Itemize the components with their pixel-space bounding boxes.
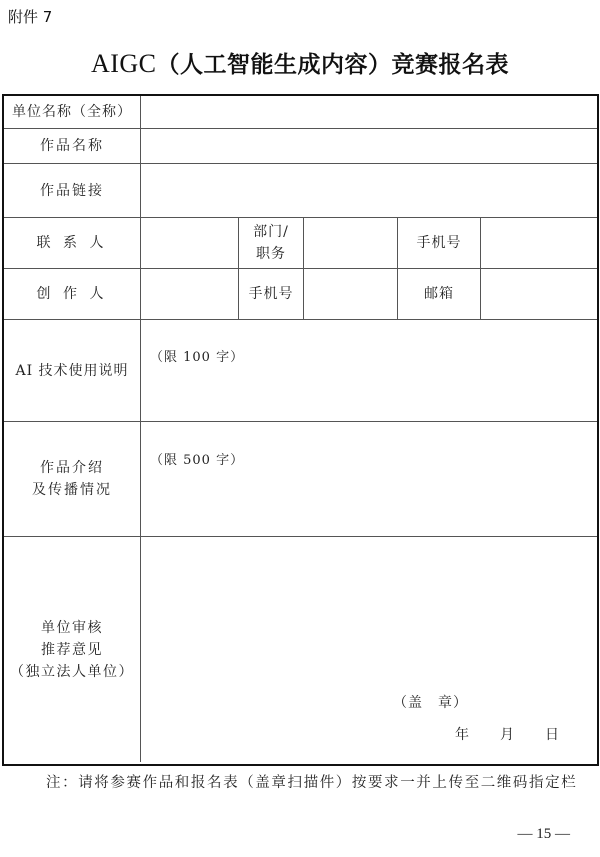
label-unit-review: 单位审核 推荐意见 （独立法人单位） — [4, 537, 140, 762]
work-link-field[interactable] — [141, 164, 595, 217]
ai-usage-field[interactable] — [141, 320, 595, 421]
label-unit-review-line2: 推荐意见 — [41, 639, 103, 661]
label-unit-review-line3: （独立法人单位） — [10, 661, 134, 683]
creator-email-field[interactable] — [481, 269, 595, 319]
unit-name-field[interactable] — [141, 96, 595, 128]
label-department: 部门/ — [253, 221, 289, 243]
registration-form-table: 单位名称（全称） 作品名称 作品链接 联 系 人 部门/ 职务 手机号 创 作 … — [0, 0, 600, 857]
work-intro-field[interactable] — [141, 422, 595, 536]
work-name-field[interactable] — [141, 129, 595, 163]
footer-note: 注：请将参赛作品和报名表（盖章扫描件）按要求一并上传至二维码指定栏 — [10, 768, 595, 798]
label-creator-email: 邮箱 — [398, 269, 480, 319]
label-work-intro-line2: 及传播情况 — [32, 479, 112, 501]
label-creator: 创 作 人 — [4, 269, 140, 319]
label-work-intro: 作品介绍 及传播情况 — [4, 422, 140, 536]
label-contact-person: 联 系 人 — [4, 218, 140, 268]
label-unit-review-line1: 单位审核 — [41, 617, 103, 639]
contact-name-field[interactable] — [141, 218, 238, 268]
creator-name-field[interactable] — [141, 269, 238, 319]
label-work-link: 作品链接 — [4, 164, 140, 217]
label-unit-name: 单位名称（全称） — [4, 96, 140, 128]
label-work-name: 作品名称 — [4, 129, 140, 163]
date-label: 年 月 日 — [455, 724, 560, 744]
label-ai-usage: AI 技术使用说明 — [4, 320, 140, 421]
label-department-position: 部门/ 职务 — [239, 218, 303, 268]
label-contact-phone: 手机号 — [398, 218, 480, 268]
contact-phone-field[interactable] — [481, 218, 595, 268]
creator-phone-field[interactable] — [304, 269, 397, 319]
contact-dept-field[interactable] — [304, 218, 397, 268]
label-creator-phone: 手机号 — [239, 269, 303, 319]
label-work-intro-line1: 作品介绍 — [40, 457, 104, 479]
seal-label: （盖 章） — [393, 692, 468, 712]
page-number: — 15 — — [518, 826, 571, 843]
label-position: 职务 — [256, 243, 286, 265]
